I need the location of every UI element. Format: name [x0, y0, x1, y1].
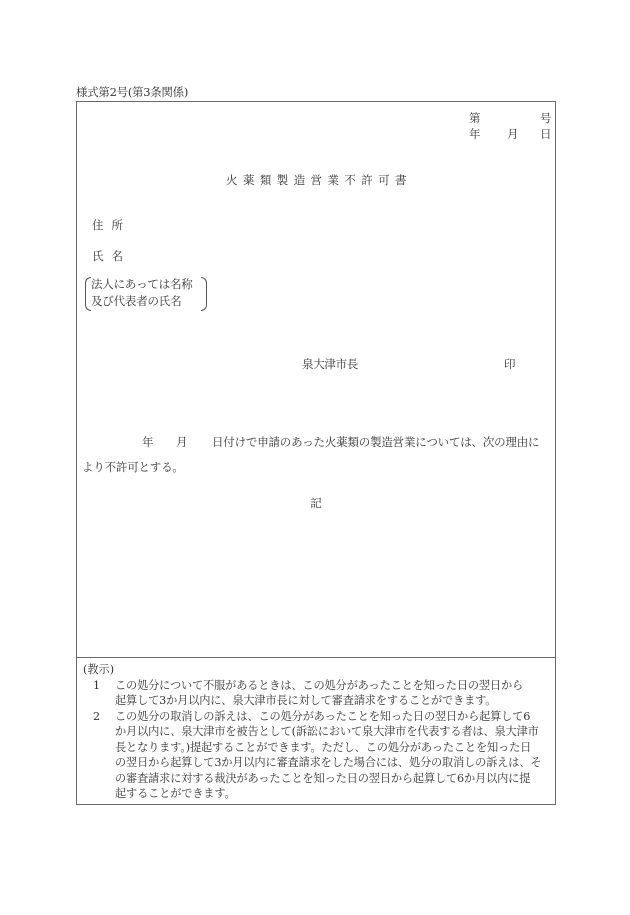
notice-item-number: 2: [93, 709, 100, 725]
notice-item-line: 長となります。)提起することができます。ただし、この処分があったことを知った日: [115, 740, 553, 756]
issue-date-day-label: 日: [540, 126, 552, 142]
right-bracket-icon: [201, 277, 207, 311]
document-number-suffix: 号: [540, 110, 552, 126]
notice-item-text: この処分の取消しの訴えは、この処分があったことを知った日の翌日から起算して6 か…: [100, 709, 553, 802]
notice-item-line: この処分について不服があるときは、この処分があったことを知った日の翌日から: [115, 678, 553, 694]
notice-item: 2 この処分の取消しの訴えは、この処分があったことを知った日の翌日から起算して6…: [83, 709, 553, 802]
notice-item-line: の翌日から起算して3か月以内に審査請求をした場合には、処分の取消しの訴えは、そ: [115, 755, 553, 771]
document-number-prefix: 第: [469, 110, 481, 126]
notice-item-line: 起することができます。: [115, 786, 553, 802]
notice-item-line: の審査請求に対する裁決があったことを知った日の翌日から起算して6か月以内に提: [115, 771, 553, 787]
notice-heading: (教示): [83, 662, 553, 678]
notice-item-line: 起算して3か月以内に、泉大津市長に対して審査請求をすることができます。: [115, 693, 553, 709]
corporate-note-line-1: 法人にあっては名称: [91, 276, 207, 293]
application-year-label: 年: [142, 434, 154, 450]
document-title: 火薬類製造営業不許可書: [77, 172, 555, 188]
name-label: 氏名: [92, 248, 131, 264]
corporate-note-line-2: 及び代表者の氏名: [91, 293, 207, 310]
body-text-line-2: より不許可とする。: [82, 459, 184, 475]
notice-item-text: この処分について不服があるときは、この処分があったことを知った日の翌日から 起算…: [100, 678, 553, 709]
issuer-name: 泉大津市長: [302, 356, 358, 372]
issue-date-month-label: 月: [507, 126, 519, 142]
notice-section: (教示) 1 この処分について不服があるときは、この処分があったことを知った日の…: [83, 662, 553, 802]
address-label: 住所: [92, 217, 131, 233]
ki-heading: 記: [77, 495, 555, 511]
body-text-line-1: 日付けで申請のあった火薬類の製造営業については、次の理由に: [212, 434, 539, 450]
corporate-note: 法人にあっては名称 及び代表者の氏名: [85, 276, 207, 312]
form-number-label: 様式第2号(第3条関係): [76, 84, 188, 100]
document-frame: 第 号 年 月 日 火薬類製造営業不許可書 住所 氏名 法人にあっては名称 及び…: [76, 101, 556, 805]
notice-item-line: か月以内に、泉大津市を被告として(訴訟において泉大津市を代表する者は、泉大津市: [115, 724, 553, 740]
notice-item: 1 この処分について不服があるときは、この処分があったことを知った日の翌日から …: [83, 678, 553, 709]
notice-divider: [77, 657, 555, 658]
issue-date-year-label: 年: [469, 126, 481, 142]
seal-mark: 印: [504, 356, 516, 372]
notice-item-line: この処分の取消しの訴えは、この処分があったことを知った日の翌日から起算して6: [115, 709, 553, 725]
notice-item-number: 1: [93, 678, 100, 694]
application-month-label: 月: [176, 434, 188, 450]
left-bracket-icon: [85, 277, 91, 311]
